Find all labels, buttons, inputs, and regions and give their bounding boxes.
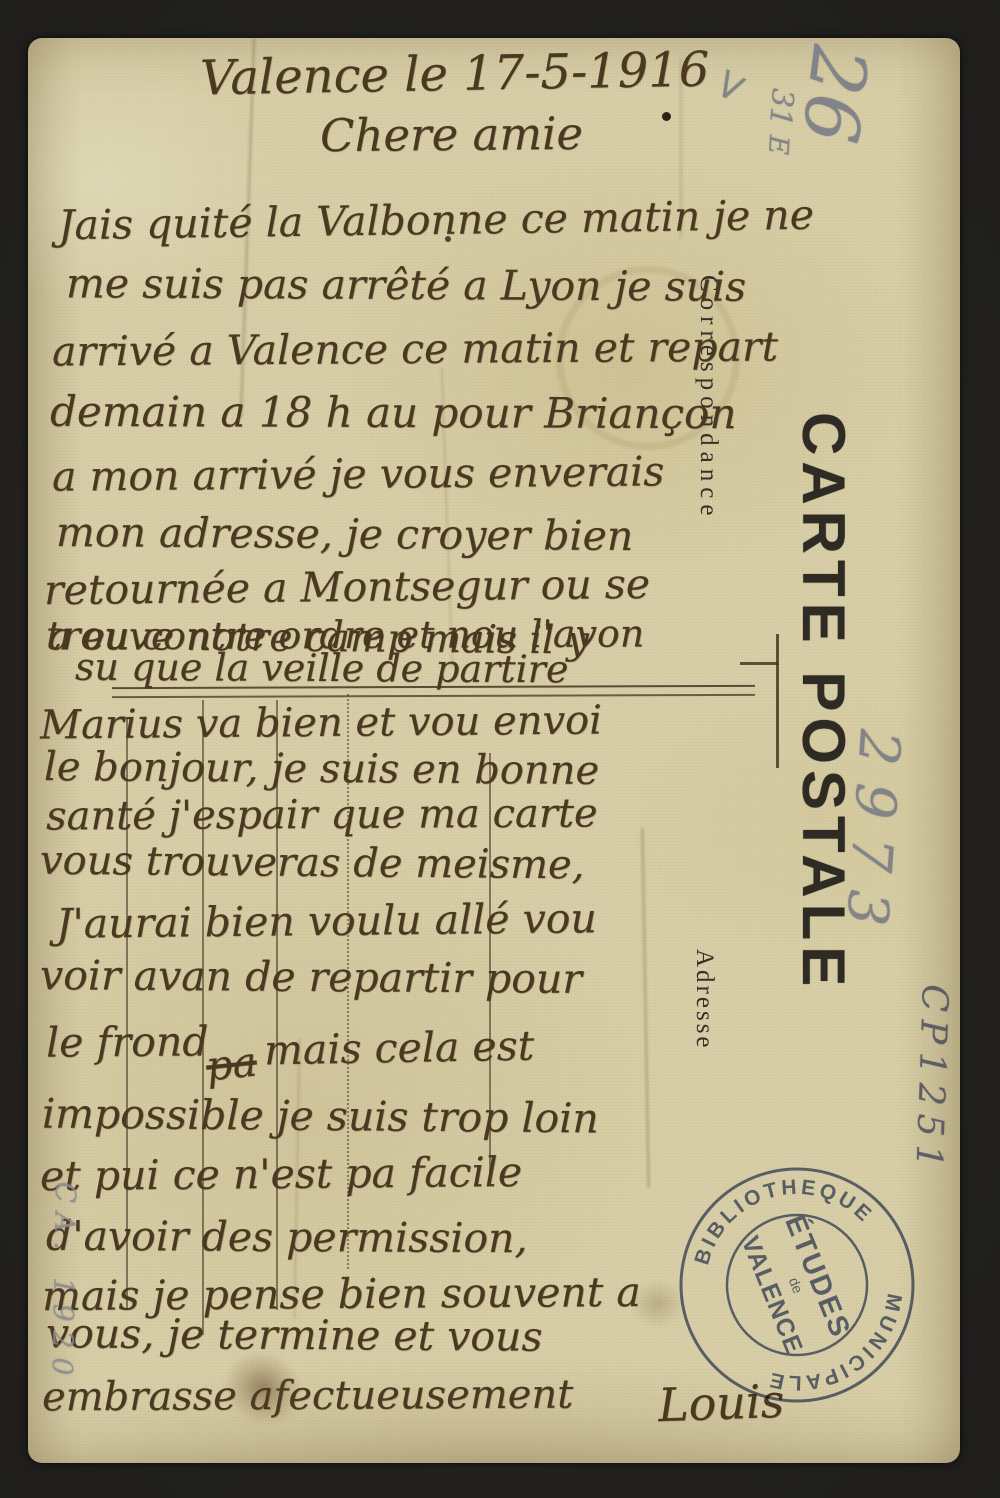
pencil-date-ca1920: CA. 1920 [45, 1181, 82, 1384]
pencil-letter-e: E [762, 134, 794, 155]
library-stamp: BIBLIOTHEQUE MUNICIPALE ÉTUDES de VALENC… [660, 1148, 935, 1423]
handwriting-line-12: le bonjour, je suis en bonne [44, 744, 599, 794]
handwriting-line-15: J'aurai bien voulu allé vou [56, 894, 597, 948]
line17-rest: mais cela est [264, 1022, 535, 1075]
postcard: Correspondance Adresse CARTE POSTALE Val… [28, 38, 960, 1463]
handwriting-line-16: voir avan de repartir pour [40, 951, 582, 1003]
handwriting-line-10: su que la veille de partire [75, 645, 569, 692]
handwriting-line-11: Marius va bien et vou envoi [40, 698, 602, 749]
handwriting-line-13: santé j'espair que ma carte [46, 791, 598, 840]
handwriting-line-7: retournée a Montsegur ou se [44, 560, 651, 614]
handwriting-line-6: mon adresse, je croyer bien [56, 508, 634, 560]
handwriting-line-3: arrivé a Valence ce matin et repart [52, 322, 778, 375]
pencil-number-26: 26 [785, 41, 885, 148]
handwriting-line-20: d'avoir des permission, [46, 1212, 528, 1263]
handwriting-line-14: vous trouveras de meisme, [40, 838, 585, 889]
handwriting-line-1: Jais quité la Valbonne ce matin je ne [58, 191, 815, 250]
handwriting-line-4: demain a 18 h au pour Briançon [50, 387, 737, 438]
handwriting-line-5: a mon arrivé je vous enverais [52, 447, 665, 500]
handwriting-line-22: vous, je termine et vous [46, 1309, 543, 1360]
pencil-number-31: 31 [762, 87, 800, 128]
struck-word: pa [204, 1037, 259, 1090]
handwriting-line-2: me suis pas arrêté a Lyon je suis [66, 259, 746, 311]
handwriting-line-18: impossible je suis trop loin [42, 1090, 599, 1143]
scan-background: { "scan": { "background": "#242321", "pa… [0, 0, 1000, 1498]
pencil-code-cp1251: CP1251 [907, 984, 955, 1177]
handwriting-line-19: et pui ce n'est pa facile [40, 1148, 523, 1200]
handwriting-line-17: le frond [46, 1017, 209, 1066]
handwriting-line-23: embrasse afectueusement [42, 1372, 573, 1421]
